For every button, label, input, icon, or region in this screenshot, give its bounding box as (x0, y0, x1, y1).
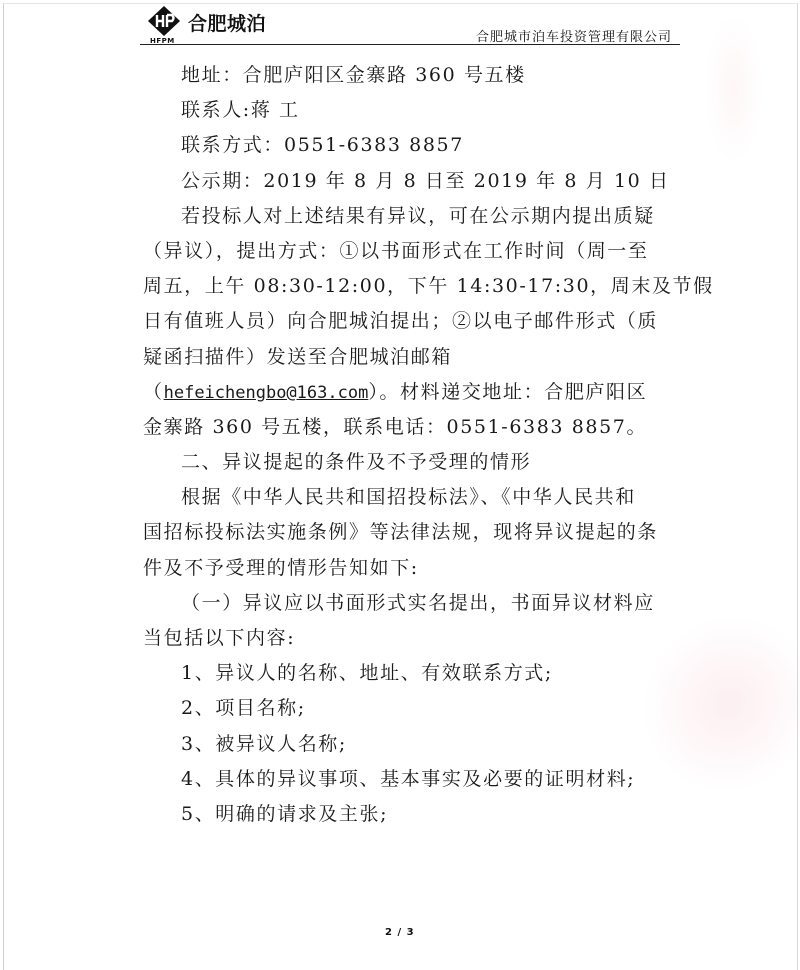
contact-person-line: 联系人:蒋 工 (143, 93, 663, 128)
document-body: 地址：合肥庐阳区金寨路 360 号五楼 联系人:蒋 工 联系方式：0551-63… (143, 58, 663, 832)
company-name: 合肥城市泊车投资管理有限公司 (476, 26, 672, 45)
letterhead: 合肥城泊 HFPM 合肥城市泊车投资管理有限公司 (140, 4, 680, 45)
list-item: 5、明确的请求及主张; (143, 797, 663, 832)
delivery-address-text: ）。材料递交地址：合肥庐阳区 (368, 381, 647, 403)
objection-paragraph-line: 周五，上午 08:30-12:00，下午 14:30-17:30，周末及节假 (143, 269, 663, 304)
objection-paragraph-line: （异议），提出方式：①以书面形式在工作时间（周一至 (143, 234, 663, 269)
list-item: 2、项目名称; (143, 691, 663, 726)
section-2-paragraph-line: 国招标投标法实施条例》等法律法规，现将异议提起的条 (143, 515, 663, 550)
hfpm-logo-icon (148, 6, 180, 36)
objection-paragraph-line: 日有值班人员）向合肥城泊提出；②以电子邮件形式（质 (143, 304, 663, 339)
objection-paragraph-line: 金寨路 360 号五楼，联系电话：0551-6383 8857。 (143, 410, 663, 445)
objection-paragraph-line: （hefeichengbo@163.com）。材料递交地址：合肥庐阳区 (143, 375, 663, 410)
company-logo: 合肥城泊 HFPM (144, 6, 274, 44)
faded-stamp-top (704, 14, 764, 164)
notice-period-line: 公示期：2019 年 8 月 8 日至 2019 年 8 月 10 日 (143, 164, 663, 199)
address-line: 地址：合肥庐阳区金寨路 360 号五楼 (143, 58, 663, 93)
section-2-heading: 二、异议提起的条件及不予受理的情形 (143, 445, 663, 480)
logo-text: 合肥城泊 (188, 9, 266, 36)
subsection-1-line: （一）异议应以书面形式实名提出，书面异议材料应 (143, 586, 663, 621)
section-2-paragraph-line: 根据《中华人民共和国招投标法》、《中华人民共和 (143, 480, 663, 515)
subsection-1-line: 当包括以下内容: (143, 621, 663, 656)
list-item: 1、异议人的名称、地址、有效联系方式; (143, 656, 663, 691)
list-item: 4、具体的异议事项、基本事实及必要的证明材料; (143, 762, 663, 797)
objection-paragraph-line: 若投标人对上述结果有异议，可在公示期内提出质疑 (143, 199, 663, 234)
logo-subtext: HFPM (150, 37, 175, 45)
paren-open: （ (143, 381, 164, 403)
page-number: 2 / 3 (385, 927, 415, 938)
list-item: 3、被异议人名称; (143, 727, 663, 762)
email-link[interactable]: hefeichengbo@163.com (164, 383, 369, 403)
objection-paragraph-line: 疑函扫描件）发送至合肥城泊邮箱 (143, 340, 663, 375)
contact-phone-line: 联系方式：0551-6383 8857 (143, 128, 663, 163)
section-2-paragraph-line: 件及不予受理的情形告知如下: (143, 551, 663, 586)
